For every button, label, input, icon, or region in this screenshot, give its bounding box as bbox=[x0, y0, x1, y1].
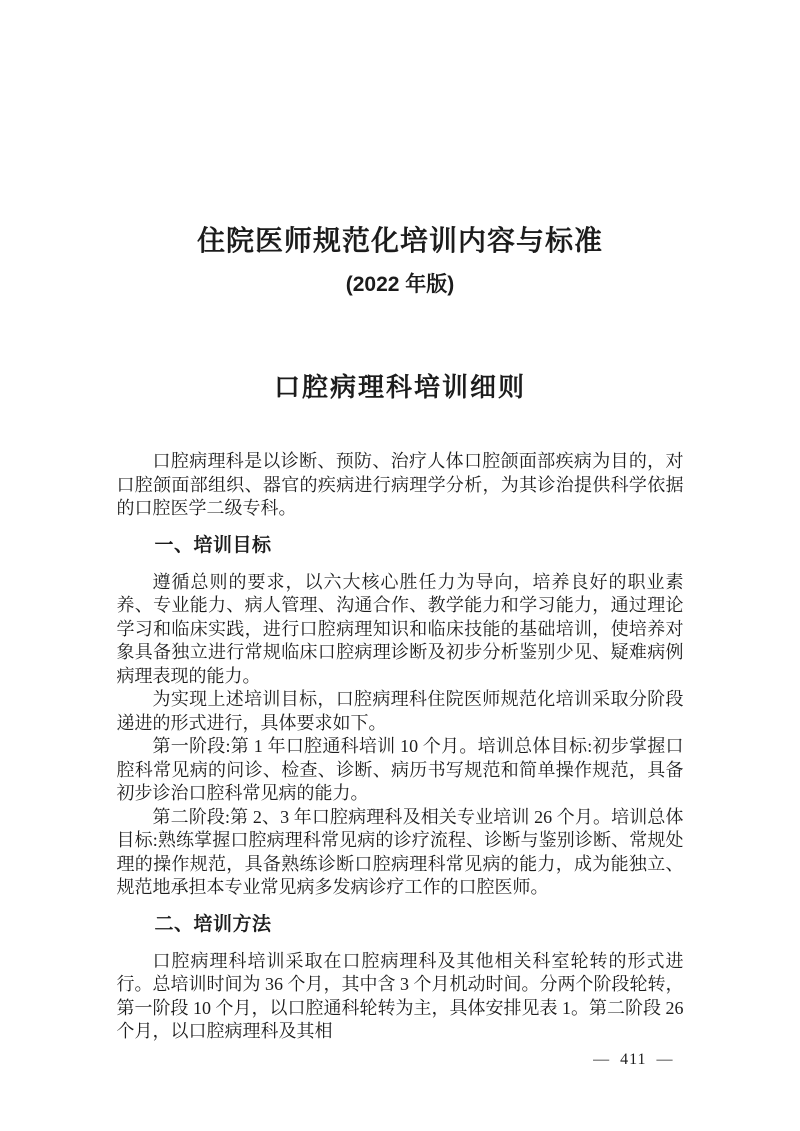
intro-paragraph: 口腔病理科是以诊断、预防、治疗人体口腔颌面部疾病为目的，对口腔颌面部组织、器官的… bbox=[117, 450, 684, 521]
paragraph: 口腔病理科培训采取在口腔病理科及其他相关科室轮转的形式进行。总培训时间为 36 … bbox=[117, 950, 684, 1044]
paragraph: 第二阶段:第 2、3 年口腔病理科及相关专业培训 26 个月。培训总体目标:熟练… bbox=[117, 806, 684, 900]
section-training-methods: 二、培训方法 口腔病理科培训采取在口腔病理科及其他相关科室轮转的形式进行。总培训… bbox=[117, 912, 684, 1044]
section-training-objectives: 一、培训目标 遵循总则的要求，以六大核心胜任力为导向，培养良好的职业素养、专业能… bbox=[117, 533, 684, 900]
paragraph: 第一阶段:第 1 年口腔通科培训 10 个月。培训总体目标:初步掌握口腔科常见病… bbox=[117, 735, 684, 806]
document-main-title: 住院医师规范化培训内容与标准 bbox=[0, 0, 800, 260]
chapter-title: 口腔病理科培训细则 bbox=[0, 370, 800, 404]
page-number: — 411 — bbox=[117, 1050, 684, 1070]
document-body: 口腔病理科是以诊断、预防、治疗人体口腔颌面部疾病为目的，对口腔颌面部组织、器官的… bbox=[117, 450, 684, 1070]
edition-label: (2022 年版) bbox=[0, 272, 800, 298]
document-page: 住院医师规范化培训内容与标准 (2022 年版) 口腔病理科培训细则 口腔病理科… bbox=[0, 0, 800, 1131]
section-heading-training-methods: 二、培训方法 bbox=[117, 912, 684, 938]
paragraph: 遵循总则的要求，以六大核心胜任力为导向，培养良好的职业素养、专业能力、病人管理、… bbox=[117, 571, 684, 689]
section-heading-training-objectives: 一、培训目标 bbox=[117, 533, 684, 559]
paragraph: 为实现上述培训目标，口腔病理科住院医师规范化培训采取分阶段递进的形式进行，具体要… bbox=[117, 688, 684, 735]
